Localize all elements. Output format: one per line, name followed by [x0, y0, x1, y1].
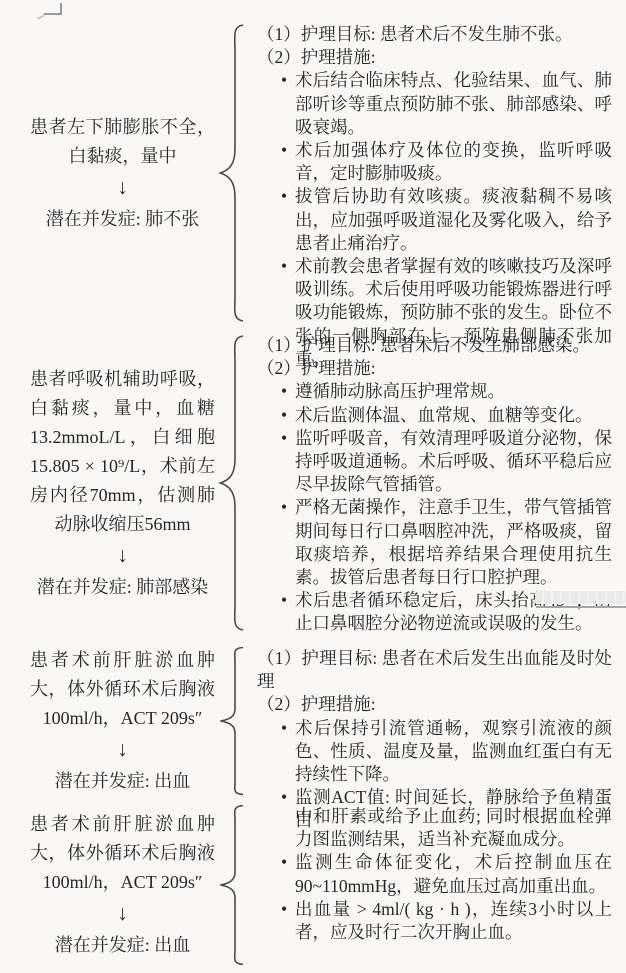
patient-condition-block: 患者左下肺膨胀不全，白黏痰，量中 ↓ 潜在并发症: 肺不张: [30, 113, 215, 234]
care-plan-section-bleeding-1: 患者术前肝脏淤血肿大，体外循环术后胸液100ml/h，ACT 209s″ ↓ 潜…: [30, 646, 620, 796]
measure-item: 术后结合临床特点、化验结果、血气、肺部听诊等重点预防肺不张、肺部感染、呼吸衰竭。: [295, 69, 612, 139]
down-arrow-icon: ↓: [30, 544, 215, 566]
measure-item: 出血量 > 4ml/( kg · h )，连续3小时以上者，应及时行二次开胸止血…: [295, 898, 612, 944]
nursing-measures-label: （2）护理措施:: [257, 46, 612, 69]
potential-complication: 潜在并发症: 出血: [30, 931, 215, 960]
down-arrow-icon: ↓: [30, 176, 215, 198]
care-plan-section-pulmonary-infection: 患者呼吸机辅助呼吸，白黏痰，量中，血糖13.2mmoL/L，白细胞15.805 …: [30, 333, 620, 633]
nursing-goal: （1）护理目标: 患者术后不发生肺部感染。: [257, 334, 612, 357]
potential-complication: 潜在并发症: 肺部感染: [30, 573, 215, 602]
patient-condition-text: 患者术前肝脏淤血肿大，体外循环术后胸液100ml/h，ACT 209s″: [30, 646, 215, 733]
measure-item: 拔管后协助有效咳痰。痰液黏稠不易咳出，应加强呼吸道湿化及雾化吸入，给予患者止痛治…: [295, 185, 612, 255]
measure-item: 遵循肺动脉高压护理常规。: [295, 380, 612, 403]
nursing-measures-label: （2）护理措施:: [257, 693, 612, 716]
nursing-plan-block: 中和肝素或给予止血药; 同时根据血栓弹力图监测结果，适当补充凝血成分。 监测生命…: [247, 804, 620, 944]
patient-condition-block: 患者术前肝脏淤血肿大，体外循环术后胸液100ml/h，ACT 209s″ ↓ 潜…: [30, 646, 215, 796]
measure-item: 严格无菌操作，注意手卫生，带气管插管期间每日行口鼻咽腔冲洗，严格吸痰，留取痰培养…: [295, 496, 612, 589]
measures-list: 监测生命体征变化，术后控制血压在90~110mmHg，避免血压过高加重出血。 出…: [257, 851, 612, 944]
measures-list: 术后结合临床特点、化验结果、血气、肺部听诊等重点预防肺不张、肺部感染、呼吸衰竭。…: [257, 69, 612, 371]
patient-condition-block: 患者呼吸机辅助呼吸，白黏痰，量中，血糖13.2mmoL/L，白细胞15.805 …: [30, 365, 215, 602]
measure-item: 术后保持引流管通畅，观察引流液的颜色、性质、温度及量，监测血红蛋白有无持续性下降…: [295, 717, 612, 787]
patient-condition-text: 患者呼吸机辅助呼吸，白黏痰，量中，血糖13.2mmoL/L，白细胞15.805 …: [30, 365, 215, 539]
care-plan-section-bleeding-2: 患者术前肝脏淤血肿大，体外循环术后胸液100ml/h，ACT 209s″ ↓ 潜…: [30, 804, 620, 966]
measure-item: 监测生命体征变化，术后控制血压在90~110mmHg，避免血压过高加重出血。: [295, 851, 612, 897]
patient-condition-text: 患者左下肺膨胀不全，白黏痰，量中: [30, 113, 215, 171]
potential-complication: 潜在并发症: 出血: [30, 767, 215, 796]
left-brace: [215, 333, 247, 633]
nursing-goal: （1）护理目标: 患者术后不发生肺不张。: [257, 23, 612, 46]
down-arrow-icon: ↓: [30, 738, 215, 760]
watermark-underline: [536, 606, 626, 608]
measure-item: 监听呼吸音，有效清理呼吸道分泌物，保持呼吸道通畅。术后呼吸、循环平稳后应尽早拔除…: [295, 427, 612, 497]
scanned-textbook-page: { "sections": [ { "left": { "description…: [0, 0, 626, 973]
down-arrow-icon: ↓: [30, 902, 215, 924]
nursing-goal: （1）护理目标: 患者在术后发生出血能及时处理: [257, 647, 612, 693]
patient-condition-block: 患者术前肝脏淤血肿大，体外循环术后胸液100ml/h，ACT 209s″ ↓ 潜…: [30, 810, 215, 960]
patient-condition-text: 患者术前肝脏淤血肿大，体外循环术后胸液100ml/h，ACT 209s″: [30, 810, 215, 897]
measure-continuation-text: 中和肝素或给予止血药; 同时根据血栓弹力图监测结果，适当补充凝血成分。: [257, 805, 612, 851]
potential-complication: 潜在并发症: 肺不张: [30, 205, 215, 234]
measure-item: 术后监测体温、血常规、血糖等变化。: [295, 404, 612, 427]
corner-crop-mark-icon: [44, 3, 62, 15]
left-brace: [215, 804, 247, 966]
watermark-redacted: [535, 591, 626, 604]
nursing-plan-block: （1）护理目标: 患者术后不发生肺不张。 （2）护理措施: 术后结合临床特点、化…: [247, 22, 620, 371]
nursing-measures-label: （2）护理措施:: [257, 357, 612, 380]
left-brace: [215, 646, 247, 796]
measure-item: 术后加强体疗及体位的变换，监听呼吸音，定时膨肺吸痰。: [295, 139, 612, 185]
care-plan-section-atelectasis: 患者左下肺膨胀不全，白黏痰，量中 ↓ 潜在并发症: 肺不张 （1）护理目标: 患…: [30, 22, 620, 324]
left-brace: [215, 22, 247, 324]
